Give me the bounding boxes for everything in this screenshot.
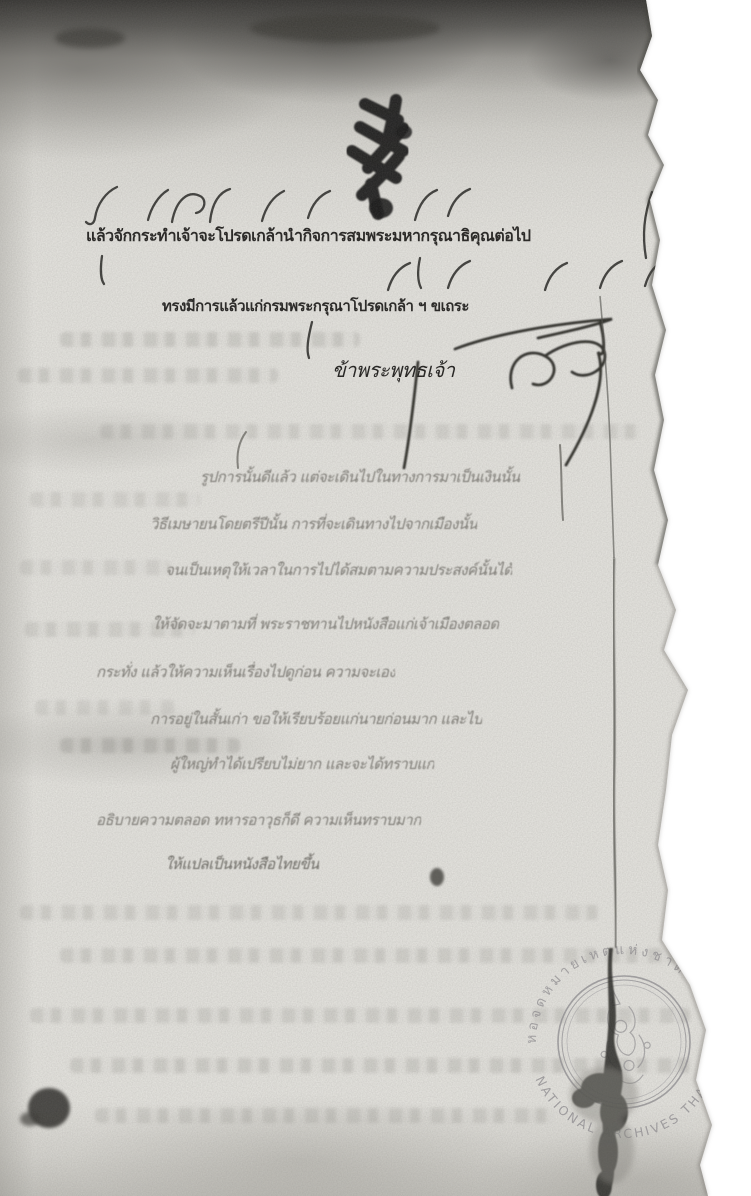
paper-grain [0, 0, 751, 1196]
paper-sheet-wrap: แล้วจักกระทำเจ้าจะโปรดเกล้านำกิจการสมพระ… [0, 0, 751, 1196]
scanned-document: แล้วจักกระทำเจ้าจะโปรดเกล้านำกิจการสมพระ… [0, 0, 751, 1196]
paper-sheet: แล้วจักกระทำเจ้าจะโปรดเกล้านำกิจการสมพระ… [0, 0, 751, 1196]
